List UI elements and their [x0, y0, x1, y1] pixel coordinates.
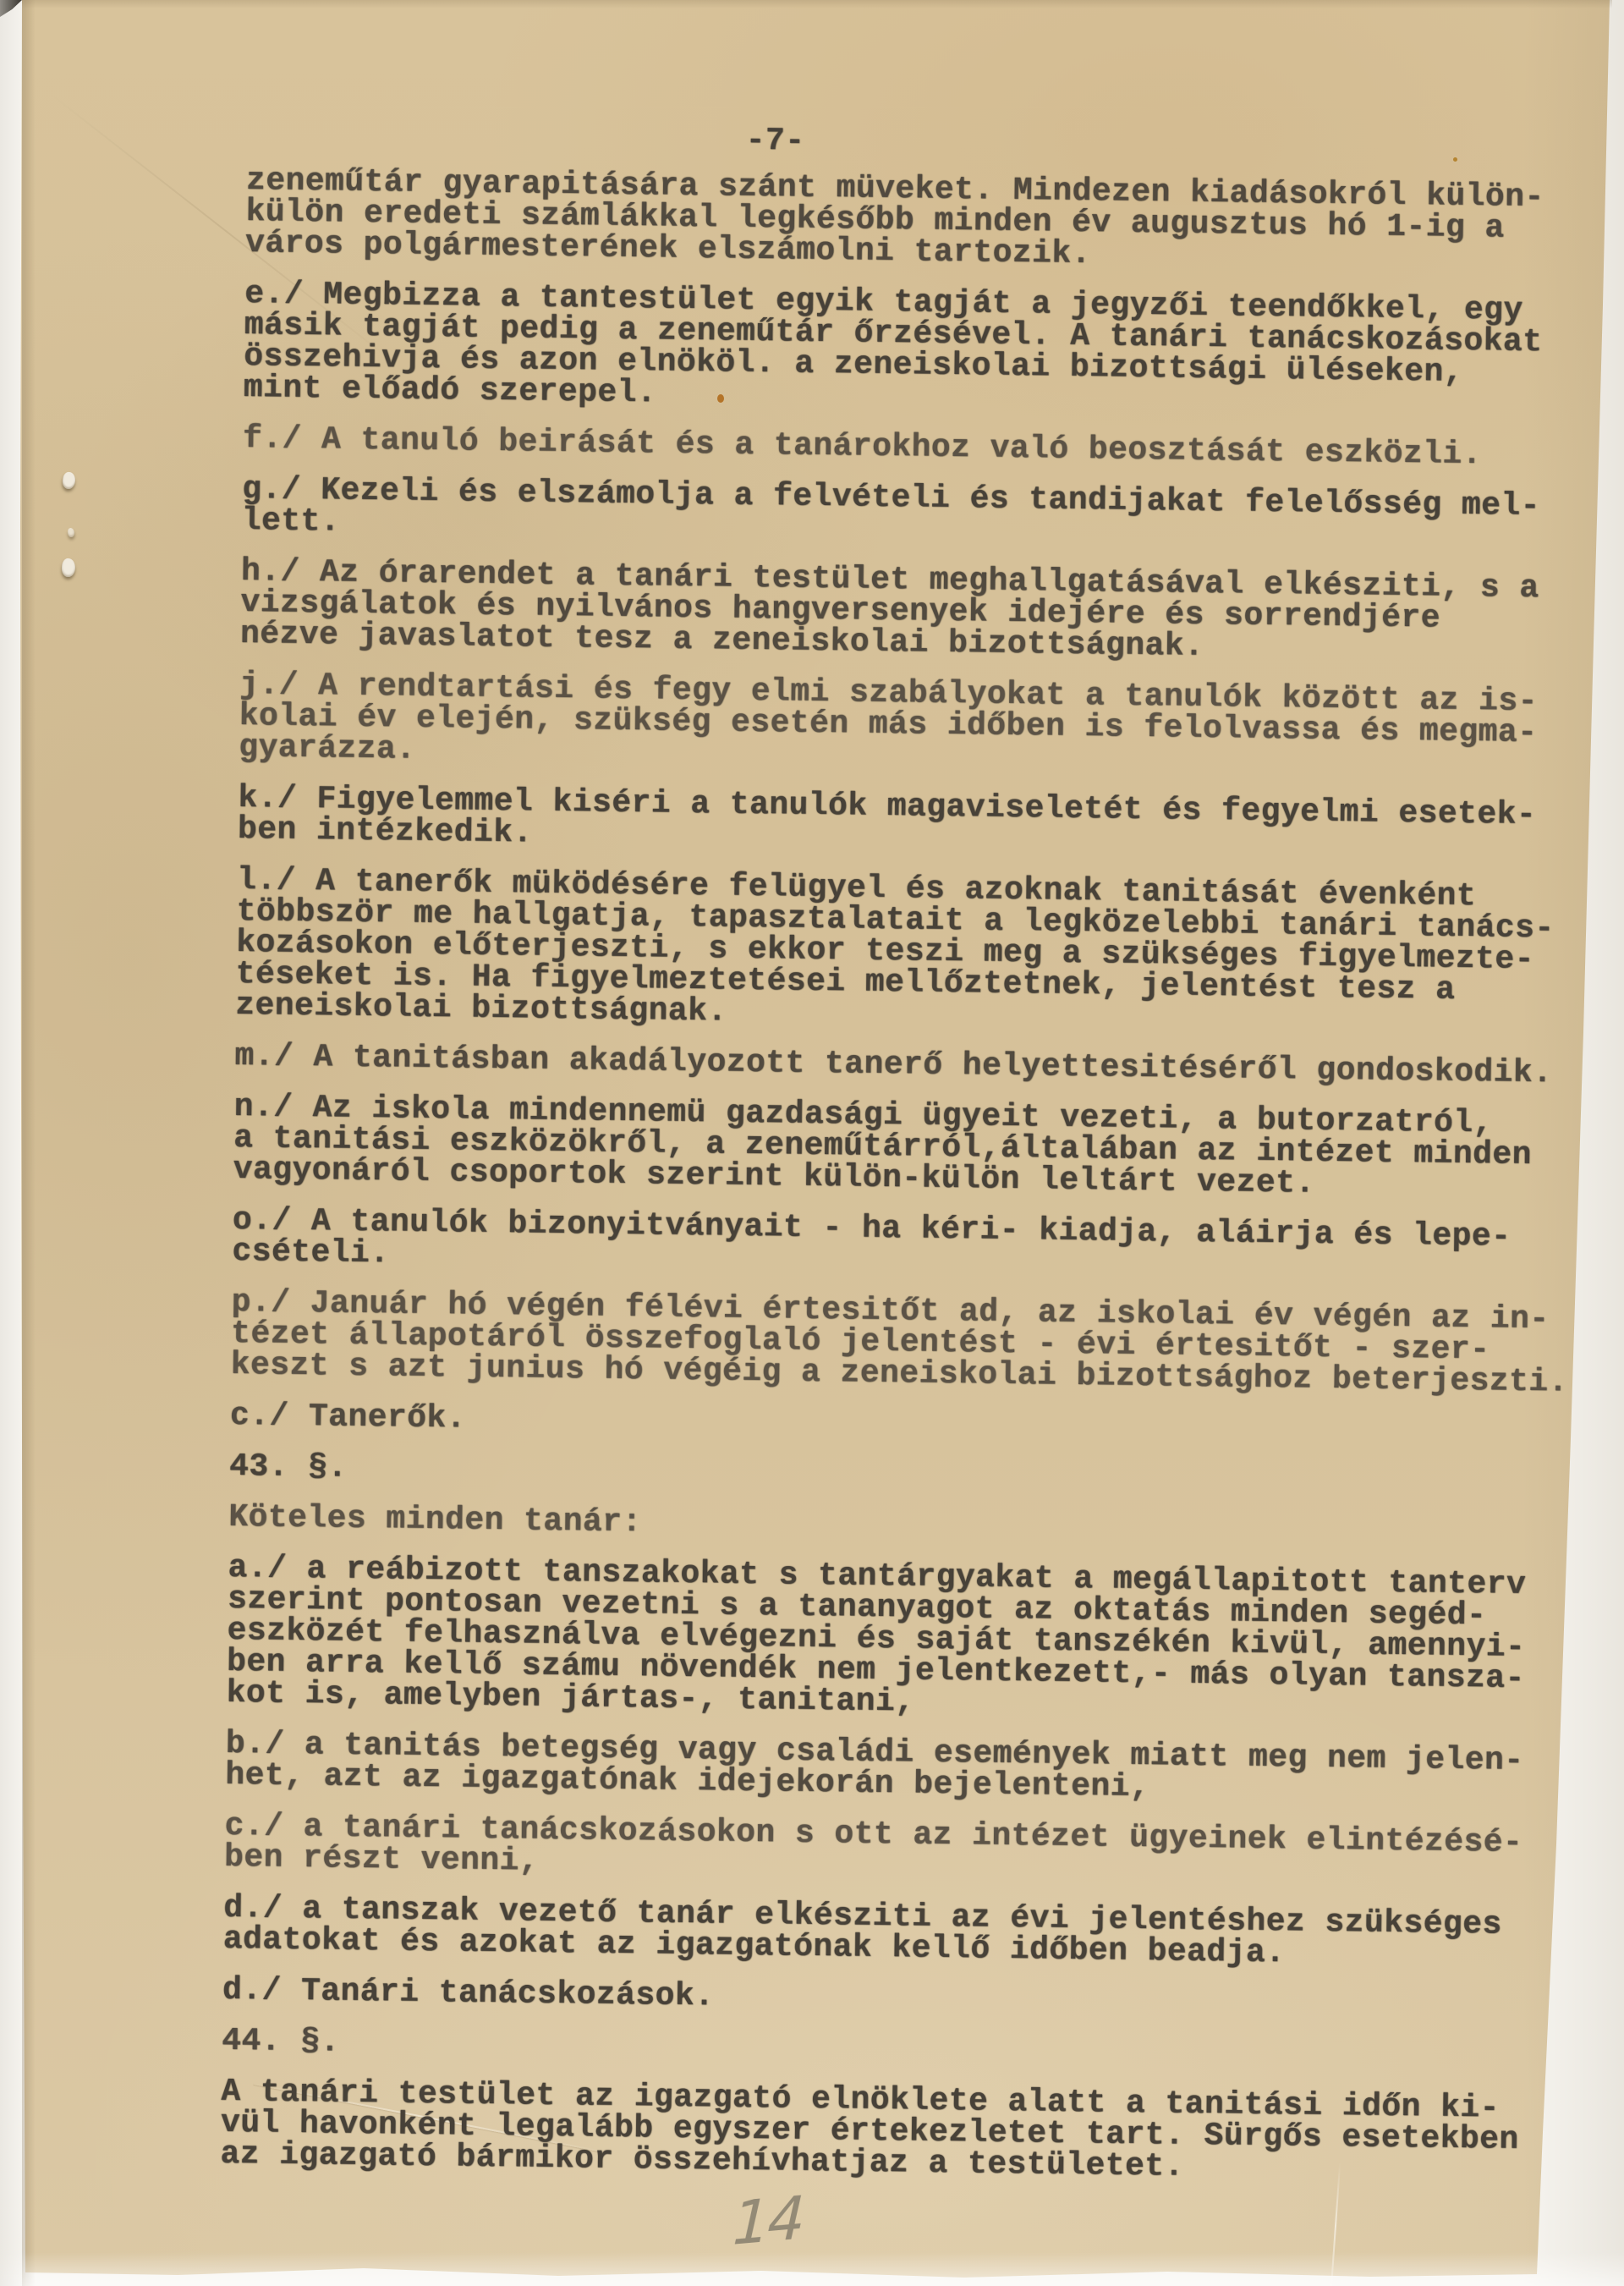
paragraph: 44. §. [222, 2025, 1575, 2074]
typed-text-block: -7- zeneműtár gyarapitására szánt müveke… [220, 118, 1600, 2207]
text-line: d./ Tanári tanácskozások. [222, 1975, 1576, 2024]
typed-text: zeneműtár gyarapitására szánt müveket. M… [220, 165, 1599, 2188]
text-line: c./ Tanerők. [230, 1400, 1583, 1449]
paragraph: d./ Tanári tanácskozások. [222, 1975, 1576, 2024]
paragraph: h./ Az órarendet a tanári testület megha… [240, 556, 1594, 668]
text-line: 43. §. [229, 1451, 1583, 1500]
paragraph: 43. §. [229, 1451, 1583, 1500]
paragraph: a./ a reábizott tanszakokat s tantárgyak… [226, 1552, 1581, 1727]
paragraph: n./ Az iskola mindennemü gazdasági ügyei… [233, 1091, 1587, 1203]
text-line: Köteles minden tanár: [228, 1502, 1582, 1551]
paragraph: e./ Megbizza a tantestület egyik tagját … [244, 278, 1599, 421]
paragraph: f./ A tanuló beirását és a tanárokhoz va… [243, 423, 1596, 472]
paragraph: Köteles minden tanár: [228, 1502, 1582, 1551]
text-line: 44. §. [222, 2025, 1575, 2074]
paragraph: l./ A tanerők müködésére felügyel és azo… [235, 865, 1590, 1039]
paragraph: c./ Tanerők. [230, 1400, 1583, 1449]
paragraph: A tanári testület az igazgató elnöklete … [220, 2076, 1574, 2188]
paragraph: g./ Kezeli és elszámolja a felvételi és … [242, 474, 1596, 554]
text-line: f./ A tanuló beirását és a tanárokhoz va… [243, 423, 1596, 472]
paragraph: d./ a tanszak vezető tanár elkésziti az … [223, 1893, 1577, 1973]
text-line: m./ A tanitásban akadályozott tanerő hel… [234, 1041, 1588, 1090]
paragraph: b./ a tanitás betegség vagy családi esem… [225, 1728, 1579, 1809]
paragraph: p./ Január hó végén félévi értesitőt ad,… [230, 1287, 1584, 1399]
scan-corner-shadow [0, 0, 22, 17]
paragraph: m./ A tanitásban akadályozott tanerő hel… [234, 1041, 1588, 1090]
paragraph: j./ A rendtartási és fegy elmi szabályok… [239, 669, 1593, 781]
handwritten-page-number: 14 [732, 2183, 804, 2259]
paragraph: k./ Figyelemmel kiséri a tanulók magavis… [238, 783, 1592, 863]
scan-stage: -7- zeneműtár gyarapitására szánt müveke… [0, 0, 1624, 2286]
paragraph: c./ a tanári tanácskozásokon s ott az in… [224, 1811, 1578, 1891]
paragraph: zeneműtár gyarapitására szánt müveket. M… [245, 165, 1599, 277]
paragraph: o./ A tanulók bizonyitványait - ha kéri-… [232, 1205, 1586, 1285]
